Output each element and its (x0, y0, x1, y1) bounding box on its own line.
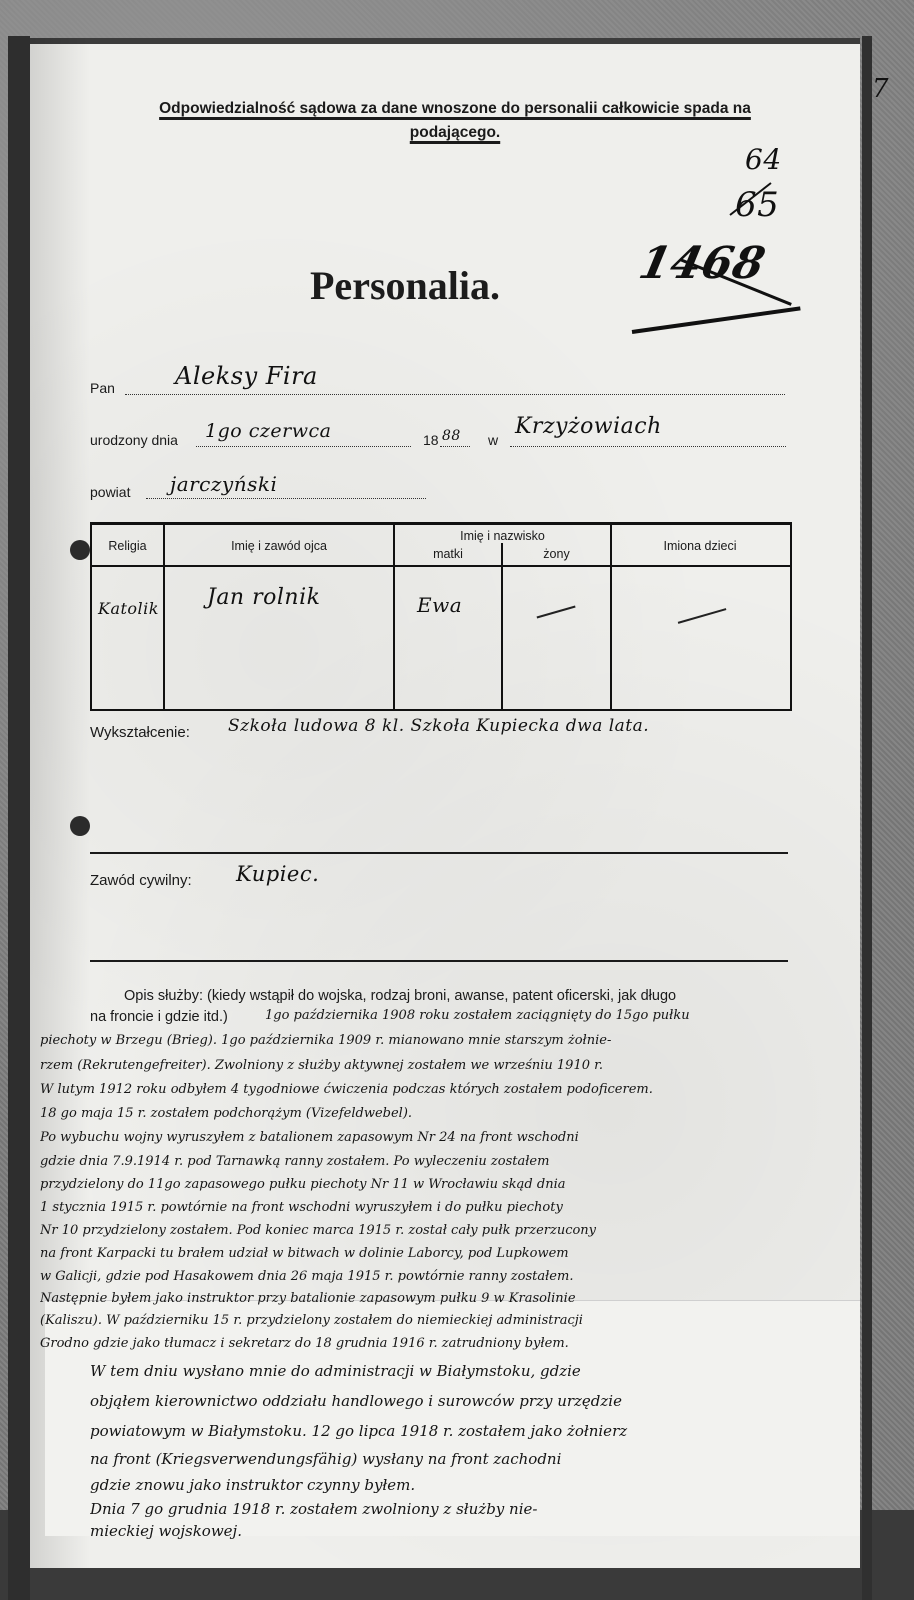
place-label: w (488, 432, 498, 448)
punch-hole-bottom (70, 816, 90, 836)
slip-line: objąłem kierownictwo oddziału handlowego… (90, 1392, 850, 1410)
header-children: Imiona dzieci (612, 539, 788, 553)
file-number-large: 1468 (635, 238, 770, 289)
year-value: 88 (442, 428, 461, 444)
cell-children-empty-dash (678, 608, 726, 623)
slip-line: gdzie znowu jako instruktor czynny byłem… (90, 1476, 850, 1494)
slip-line: Dnia 7 go grudnia 1918 r. zostałem zwoln… (90, 1500, 850, 1518)
year-prefix: 18 (423, 432, 439, 448)
county-label: powiat (90, 484, 130, 500)
slip-line: na front (Kriegsverwendungsfähig) wysłan… (90, 1450, 850, 1468)
service-line: piechoty w Brzegu (Brieg). 1go październ… (40, 1033, 855, 1048)
header-name-group: Imię i nazwisko (395, 529, 610, 543)
education-label: Wykształcenie: (90, 724, 190, 741)
county-dotted-line (146, 498, 426, 499)
cell-mother: Ewa (417, 593, 462, 617)
family-table: Religia Imię i zawód ojca Imię i nazwisk… (90, 522, 792, 711)
service-line: Po wybuchu wojny wyruszyłem z batalionem… (40, 1130, 855, 1145)
service-label-line-2: na froncie i gdzie itd.) (90, 1007, 228, 1027)
legal-notice: Odpowiedzialność sądowa za dane wnoszone… (60, 97, 850, 145)
header-father: Imię i zawód ojca (165, 539, 393, 553)
header-mother: matki (395, 547, 501, 561)
service-line: Nr 10 przydzielony zostałem. Pod koniec … (40, 1223, 855, 1238)
notice-line-2: podającego. (410, 124, 500, 141)
service-line: Następnie byłem jako instruktor przy bat… (40, 1291, 855, 1306)
born-day-value: 1go czerwca (205, 420, 331, 442)
service-line: (Kaliszu). W październiku 15 r. przydzie… (40, 1313, 855, 1328)
service-first-line: 1go października 1908 roku zostałem zaci… (265, 1008, 855, 1023)
cell-religion: Katolik (98, 599, 159, 618)
place-dotted-line (510, 446, 786, 447)
year-dotted-line (440, 446, 470, 447)
binder-edge-left (8, 36, 30, 1600)
service-line: Grodno gdzie jako tłumacz i sekretarz do… (40, 1336, 855, 1351)
cell-father: Jan rolnik (207, 585, 320, 610)
table-divider (501, 543, 503, 709)
service-line: 1 stycznia 1915 r. powtórnie na front ws… (40, 1200, 855, 1215)
place-value: Krzyżowiach (515, 414, 662, 439)
born-day-dotted-line (196, 446, 411, 447)
county-value: jarczyński (170, 472, 277, 496)
page-title: Personalia. (310, 262, 500, 309)
table-header-rule (92, 565, 790, 567)
profession-bottom-rule (90, 960, 788, 962)
file-number-top: 64 (745, 143, 782, 176)
born-label: urodzony dnia (90, 432, 178, 448)
service-line: przydzielony do 11go zapasowego pułku pi… (40, 1177, 855, 1192)
service-line: na front Karpacki tu brałem udział w bit… (40, 1246, 855, 1261)
pan-value: Aleksy Fira (175, 362, 318, 390)
slip-line: W tem dniu wysłano mnie do administracji… (90, 1362, 850, 1380)
cell-wife-empty-dash (537, 606, 576, 618)
service-line: w Galicji, gdzie pod Hasakowem dnia 26 m… (40, 1269, 855, 1284)
margin-mark: 7 (872, 74, 889, 104)
service-line: gdzie dnia 7.9.1914 r. pod Tarnawką rann… (40, 1154, 855, 1169)
civil-profession-label: Zawód cywilny: (90, 872, 192, 889)
header-religion: Religia (92, 539, 163, 553)
education-bottom-rule (90, 852, 788, 854)
pan-label: Pan (90, 380, 115, 396)
service-line: 18 go maja 15 r. zostałem podchorążym (V… (40, 1106, 855, 1121)
service-line: rzem (Rekrutengefreiter). Zwolniony z sł… (40, 1058, 855, 1073)
pan-dotted-line (125, 394, 785, 395)
punch-hole-top (70, 540, 90, 560)
service-line: W lutym 1912 roku odbyłem 4 tygodniowe ć… (40, 1082, 855, 1097)
notice-line-1: Odpowiedzialność sądowa za dane wnoszone… (159, 100, 751, 117)
education-value: Szkoła ludowa 8 kl. Szkoła Kupiecka dwa … (228, 716, 649, 736)
slip-line: mieckiej wojskowej. (90, 1522, 850, 1540)
binder-edge-right (862, 36, 872, 1600)
service-label-line-1: Opis służby: (kiedy wstąpił do wojska, r… (124, 986, 676, 1006)
header-wife: żony (503, 547, 610, 561)
slip-line: powiatowym w Białymstoku. 12 go lipca 19… (90, 1422, 850, 1440)
civil-profession-value: Kupiec. (236, 862, 319, 886)
